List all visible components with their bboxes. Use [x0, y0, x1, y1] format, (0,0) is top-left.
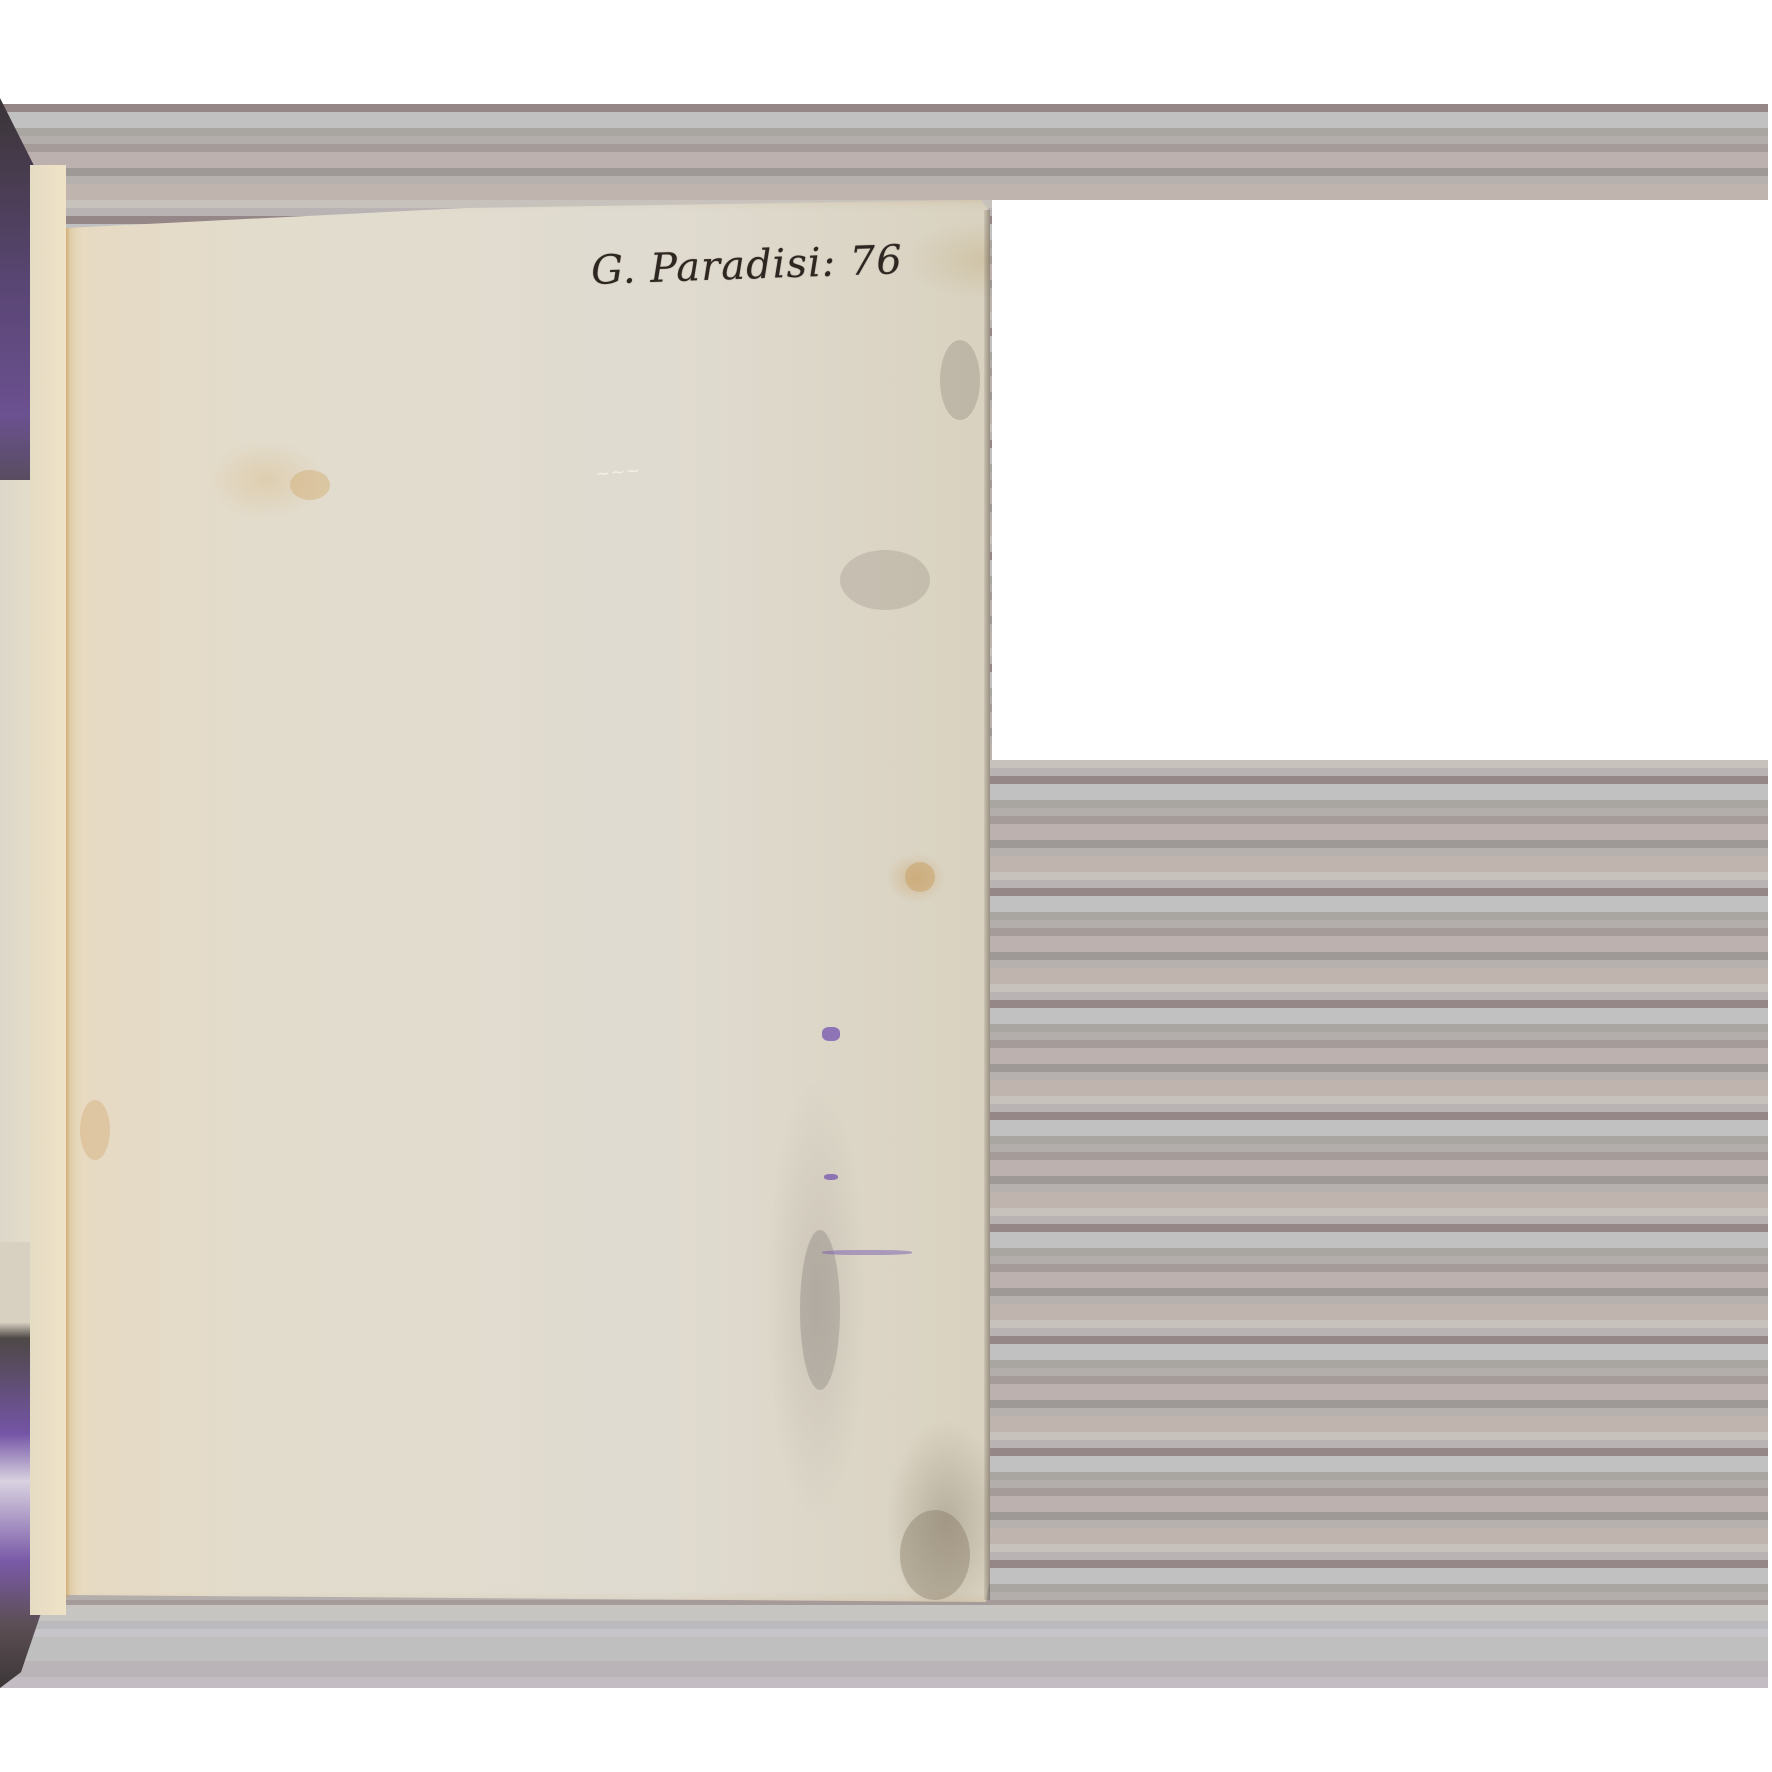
- speckled-stain: [940, 340, 980, 420]
- speckled-stain: [840, 550, 930, 610]
- page-fore-edge: [984, 210, 990, 1600]
- page-gutter: [66, 228, 70, 1598]
- purple-ink-mark: [822, 1250, 912, 1255]
- cover-turn-in: [30, 165, 66, 1615]
- white-background-area: [992, 200, 1768, 760]
- erased-pencil-note: ~~~: [594, 460, 641, 485]
- book-flyleaf-page: [66, 200, 990, 1602]
- purple-ink-mark: [824, 1174, 838, 1180]
- foxing-stain: [290, 470, 330, 500]
- speckled-stain: [900, 1510, 970, 1600]
- purple-ink-mark: [822, 1027, 840, 1041]
- striped-backdrop-bottom: [0, 1605, 1768, 1688]
- foxing-stain: [905, 862, 935, 892]
- foxing-stain: [80, 1100, 110, 1160]
